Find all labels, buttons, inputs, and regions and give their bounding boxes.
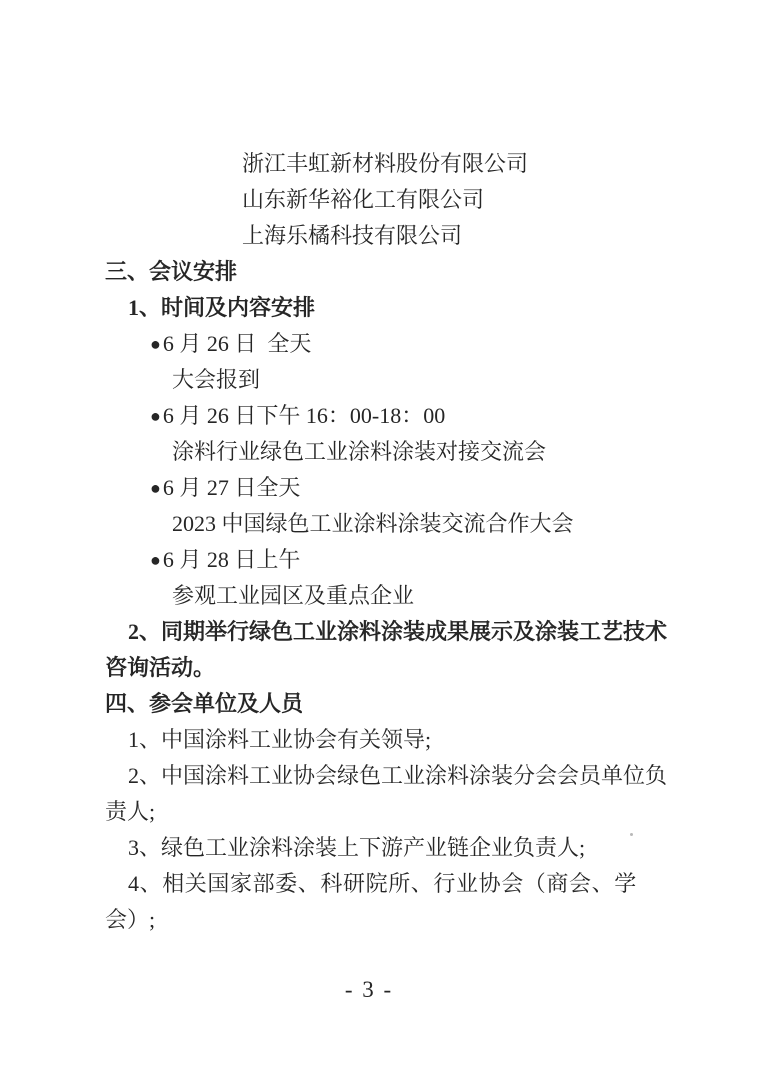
schedule-time-text: 6 月 26 日下午 16：00-18：00 [163,403,445,428]
schedule-time-text: 6 月 26 日 全天 [163,331,312,356]
schedule-time: ●6 月 26 日下午 16：00-18：00 [150,398,675,434]
attendee-item-continuation: 会）; [105,902,675,938]
bullet-icon: ● [150,326,161,362]
attendee-item-continuation: 责人; [105,794,675,830]
company-name: 上海乐橘科技有限公司 [242,218,675,254]
schedule-time-text: 6 月 28 日上午 [163,547,301,572]
section-3-sub2-line2: 咨询活动。 [105,650,675,686]
scan-speck [630,833,633,836]
page-number: - 3 - [0,972,738,1008]
attendee-item: 4、相关国家部委、科研院所、行业协会（商会、学 [128,866,675,902]
document-page: 浙江丰虹新材料股份有限公司 山东新华裕化工有限公司 上海乐橘科技有限公司 三、会… [0,0,760,1074]
bullet-icon: ● [150,542,161,578]
document-body: 浙江丰虹新材料股份有限公司 山东新华裕化工有限公司 上海乐橘科技有限公司 三、会… [105,146,675,938]
schedule-event: 大会报到 [172,362,675,398]
bullet-icon: ● [150,470,161,506]
section-3-heading: 三、会议安排 [105,254,675,290]
section-4-heading: 四、参会单位及人员 [105,686,675,722]
schedule-time: ●6 月 27 日全天 [150,470,675,506]
schedule-time-text: 6 月 27 日全天 [163,475,301,500]
schedule-event: 2023 中国绿色工业涂料涂装交流合作大会 [172,506,675,542]
schedule-event: 参观工业园区及重点企业 [172,578,675,614]
attendee-item: 1、中国涂料工业协会有关领导; [128,722,675,758]
section-3-sub2-line1: 2、同期举行绿色工业涂料涂装成果展示及涂装工艺技术 [128,614,675,650]
attendee-item: 3、绿色工业涂料涂装上下游产业链企业负责人; [128,830,675,866]
section-3-sub1-heading: 1、时间及内容安排 [128,290,675,326]
schedule-time: ●6 月 28 日上午 [150,542,675,578]
company-name: 山东新华裕化工有限公司 [242,182,675,218]
company-name: 浙江丰虹新材料股份有限公司 [242,146,675,182]
schedule-time: ●6 月 26 日 全天 [150,326,675,362]
attendee-item: 2、中国涂料工业协会绿色工业涂料涂装分会会员单位负 [128,758,675,794]
bullet-icon: ● [150,398,161,434]
schedule-event: 涂料行业绿色工业涂料涂装对接交流会 [172,434,675,470]
